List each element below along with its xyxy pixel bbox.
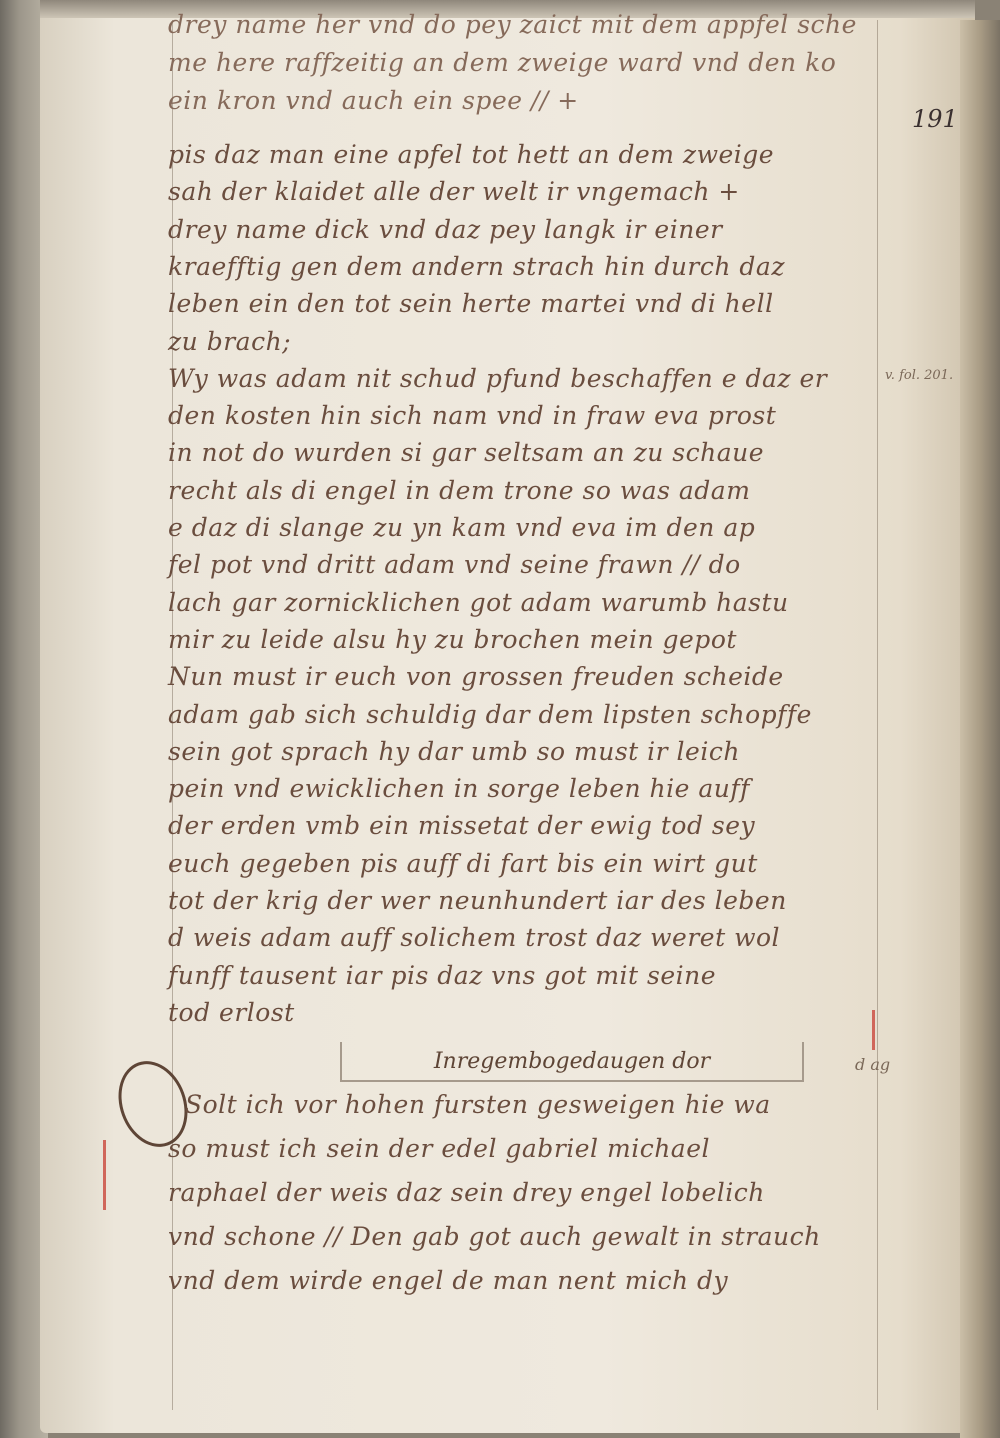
margin-note-lower: d ag [855,1055,890,1074]
text-line: vnd dem wirde engel de man nent mich dy [168,1266,728,1295]
section-heading: Inregembogedaugen dor [340,1042,804,1082]
text-line: tot der krig der wer neunhundert iar des… [168,886,787,915]
text-line: Nun must ir euch von grossen freuden sch… [168,662,784,691]
text-line: drey name dick vnd daz pey langk ir eine… [168,215,723,244]
text-line: in not do wurden si gar seltsam an zu sc… [168,438,764,467]
text-line: Solt ich vor hohen fursten gesweigen hie… [185,1090,771,1119]
text-line: d weis adam auff solichem trost daz were… [168,923,780,952]
text-line: recht als di engel in dem trone so was a… [168,476,750,505]
text-line: sah der klaidet alle der welt ir vngemac… [168,177,740,206]
text-line: pein vnd ewicklichen in sorge leben hie … [168,774,750,803]
text-line: sein got sprach hy dar umb so must ir le… [168,737,740,766]
text-line: mir zu leide alsu hy zu brochen mein gep… [168,625,737,654]
text-line: raphael der weis daz sein drey engel lob… [168,1178,765,1207]
text-line: ein kron vnd auch ein spee // + [168,86,579,115]
text-line: vnd schone // Den gab got auch gewalt in… [168,1222,821,1251]
text-line: funff tausent iar pis daz vns got mit se… [168,961,716,990]
text-line: kraefftig gen dem andern strach hin durc… [168,252,785,281]
book-right-edge [960,20,1000,1438]
right-margin-rule [877,20,878,1410]
folio-number: 191 [912,105,958,133]
text-line: den kosten hin sich nam vnd in fraw eva … [168,401,776,430]
red-margin-mark-left [103,1140,106,1210]
text-line: pis daz man eine apfel tot hett an dem z… [168,140,774,169]
text-line: der erden vmb ein missetat der ewig tod … [168,811,755,840]
text-line: euch gegeben pis auff di fart bis ein wi… [168,849,758,878]
text-line: fel pot vnd dritt adam vnd seine frawn /… [168,550,741,579]
text-line: me here raffzeitig an dem zweige ward vn… [168,48,836,77]
text-line: adam gab sich schuldig dar dem lipsten s… [168,700,812,729]
red-margin-mark [872,1010,875,1050]
margin-note: v. fol. 201. [885,368,953,383]
text-line: Wy was adam nit schud pfund beschaffen e… [168,364,827,393]
text-line: drey name her vnd do pey zaict mit dem a… [168,10,857,39]
text-line: leben ein den tot sein herte martei vnd … [168,289,774,318]
text-line: so must ich sein der edel gabriel michae… [168,1134,710,1163]
text-line: zu brach; [168,327,291,356]
text-line: e daz di slange zu yn kam vnd eva im den… [168,513,755,542]
text-line: lach gar zornicklichen got adam warumb h… [168,588,789,617]
text-line: tod erlost [168,998,295,1027]
